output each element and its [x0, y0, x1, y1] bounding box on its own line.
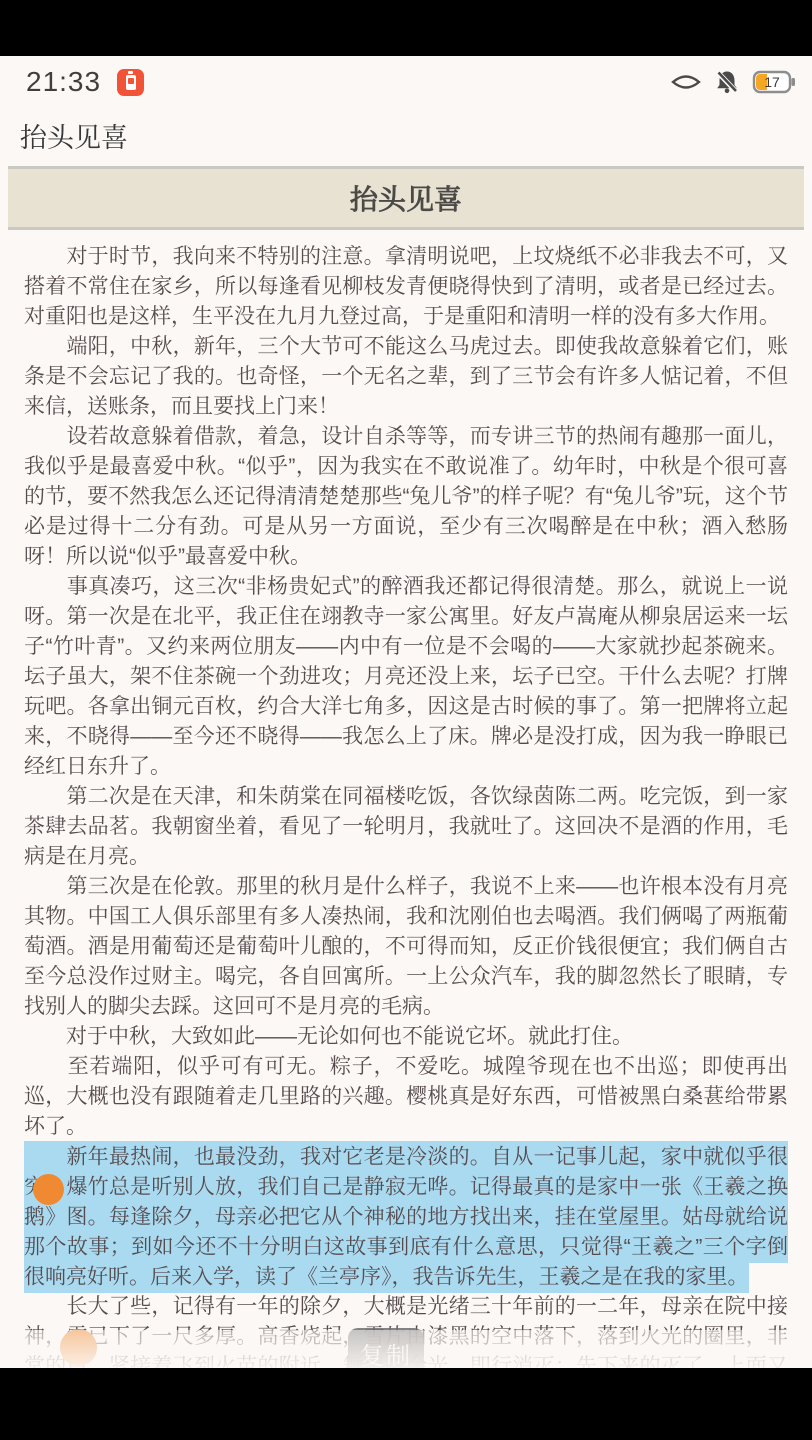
chapter-header: 抬头见喜	[8, 166, 804, 230]
page-title: 抬头见喜	[0, 108, 812, 152]
reader-body: 对于时节，我向来不特别的注意。拿清明说吧，上坟烧纸不必非我去不可，又搭着不常住在…	[0, 230, 812, 1368]
eye-protection-icon	[670, 70, 702, 94]
notifications-muted-icon	[714, 69, 740, 95]
body-paragraph-highlighted[interactable]: 新年最热闹，也最没劲，我对它老是冷淡的。自从一记事儿起，家中就似乎很穷。爆竹总是…	[24, 1142, 788, 1292]
page-bottom-fade	[0, 1330, 812, 1368]
selected-text[interactable]: 新年最热闹，也最没劲，我对它老是冷淡的。自从一记事儿起，家中就似乎很穷。爆竹总是…	[24, 1141, 788, 1293]
reader-app: 21:33	[0, 56, 812, 1368]
body-paragraph[interactable]: 事真凑巧，这三次“非杨贵妃式”的醉酒我还都记得很清楚。那么，就说上一说呀。第一次…	[24, 572, 788, 782]
body-paragraph[interactable]: 至若端阳，似乎可有可无。粽子，不爱吃。城隍爷现在也不出巡；即使再出巡，大概也没有…	[24, 1052, 788, 1142]
battery-saver-icon	[117, 69, 144, 96]
selection-handle-start[interactable]	[33, 1174, 64, 1205]
body-paragraph[interactable]: 对于时节，我向来不特别的注意。拿清明说吧，上坟烧纸不必非我去不可，又搭着不常住在…	[24, 242, 788, 332]
letterbox-bottom	[0, 1368, 812, 1440]
body-paragraph[interactable]: 第三次是在伦敦。那里的秋月是什么样子，我说不上来——也许根本没有月亮其物。中国工…	[24, 872, 788, 1022]
battery-icon: 17	[752, 70, 796, 94]
battery-percent: 17	[754, 71, 790, 93]
body-paragraph[interactable]: 设若故意躲着借款，着急，设计自杀等等，而专讲三节的热闹有趣那一面儿，我似乎是最喜…	[24, 422, 788, 572]
status-bar: 21:33	[0, 56, 812, 108]
chapter-title: 抬头见喜	[350, 178, 462, 218]
body-paragraph[interactable]: 第二次是在天津，和朱荫棠在同福楼吃饭，各饮绿茵陈二两。吃完饭，到一家茶肆去品茗。…	[24, 782, 788, 872]
letterbox-top	[0, 0, 812, 56]
clock: 21:33	[26, 66, 101, 98]
body-paragraph[interactable]: 对于中秋，大致如此——无论如何也不能说它坏。就此打住。	[24, 1022, 788, 1052]
phone-screen: 21:33	[0, 0, 812, 1440]
body-paragraph[interactable]: 端阳，中秋，新年，三个大节可不能这么马虎过去。即使我故意躲着它们，账条是不会忘记…	[24, 332, 788, 422]
